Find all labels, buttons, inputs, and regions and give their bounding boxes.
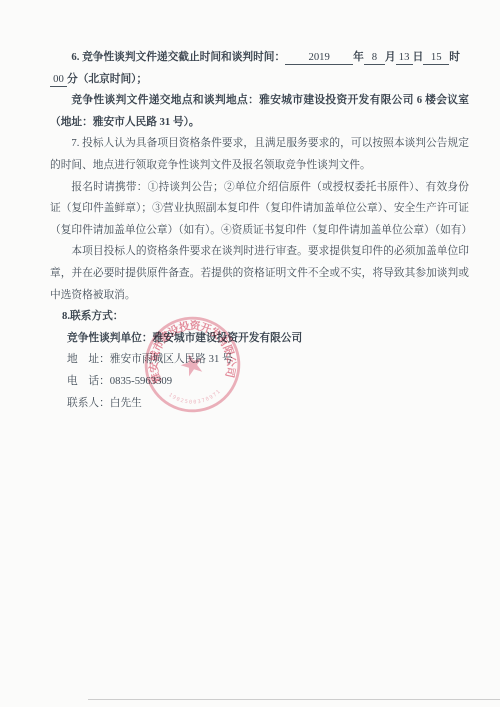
- contact-person-value: 白先生: [110, 397, 142, 409]
- deadline-prefix: 6. 竞争性谈判文件递交截止时间和谈判时间：: [71, 51, 285, 63]
- deadline-day-unit: 日: [413, 51, 424, 63]
- deadline-hour-value: 15: [423, 51, 449, 65]
- deadline-line-2: 00分（北京时间）；: [50, 69, 469, 91]
- contact-address-value: 雅安市雨城区人民路 31 号: [110, 353, 233, 365]
- contact-heading: 8.联系方式：: [50, 306, 469, 328]
- deadline-day-value: 13: [396, 51, 413, 65]
- contact-address-label: 地 址：: [67, 353, 110, 365]
- contact-unit-value: 雅安城市建设投资开发有限公司: [153, 332, 303, 344]
- deadline-month-unit: 月: [385, 51, 396, 63]
- deadline-line-1: 6. 竞争性谈判文件递交截止时间和谈判时间：2019年8月13日15时: [50, 47, 469, 69]
- deadline-minute-value: 00: [50, 73, 67, 87]
- item7-paragraph: 7. 投标人认为具备项目资格条件要求，且满足服务要求的，可以按照本谈判公告规定的…: [50, 133, 469, 176]
- page-bottom-scan-edge: [88, 699, 500, 700]
- contact-person-line: 联系人：白先生: [67, 393, 469, 415]
- contact-phone-value: 0835-5963309: [110, 375, 172, 387]
- contact-phone-line: 电 话：0835-5963309: [67, 371, 469, 393]
- deadline-year-unit: 年: [353, 51, 364, 63]
- contact-unit-line: 竞争性谈判单位：雅安城市建设投资开发有限公司: [67, 328, 469, 350]
- deadline-year-value: 2019: [285, 51, 353, 65]
- document-body: 6. 竞争性谈判文件递交截止时间和谈判时间：2019年8月13日15时 00分（…: [50, 47, 469, 414]
- qualification-paragraph: 本项目投标人的资格条件要求在谈判时进行审查。要求提供复印件的必须加盖单位印章，并…: [50, 241, 469, 306]
- venue-paragraph: 竞争性谈判文件递交地点和谈判地点：雅安城市建设投资开发有限公司 6 楼会议室（地…: [50, 90, 469, 133]
- deadline-hour-unit: 时: [449, 51, 460, 63]
- registration-paragraph: 报名时请携带：①持谈判公告；②单位介绍信原件（或授权委托书原件）、有效身份证（复…: [50, 177, 469, 242]
- contact-unit-label: 竞争性谈判单位：: [67, 332, 153, 344]
- contact-phone-label: 电 话：: [67, 375, 110, 387]
- deadline-month-value: 8: [364, 51, 385, 65]
- contact-address-line: 地 址：雅安市雨城区人民路 31 号: [67, 349, 469, 371]
- deadline-minute-suffix: 分（北京时间）；: [67, 73, 147, 85]
- contact-person-label: 联系人：: [67, 397, 110, 409]
